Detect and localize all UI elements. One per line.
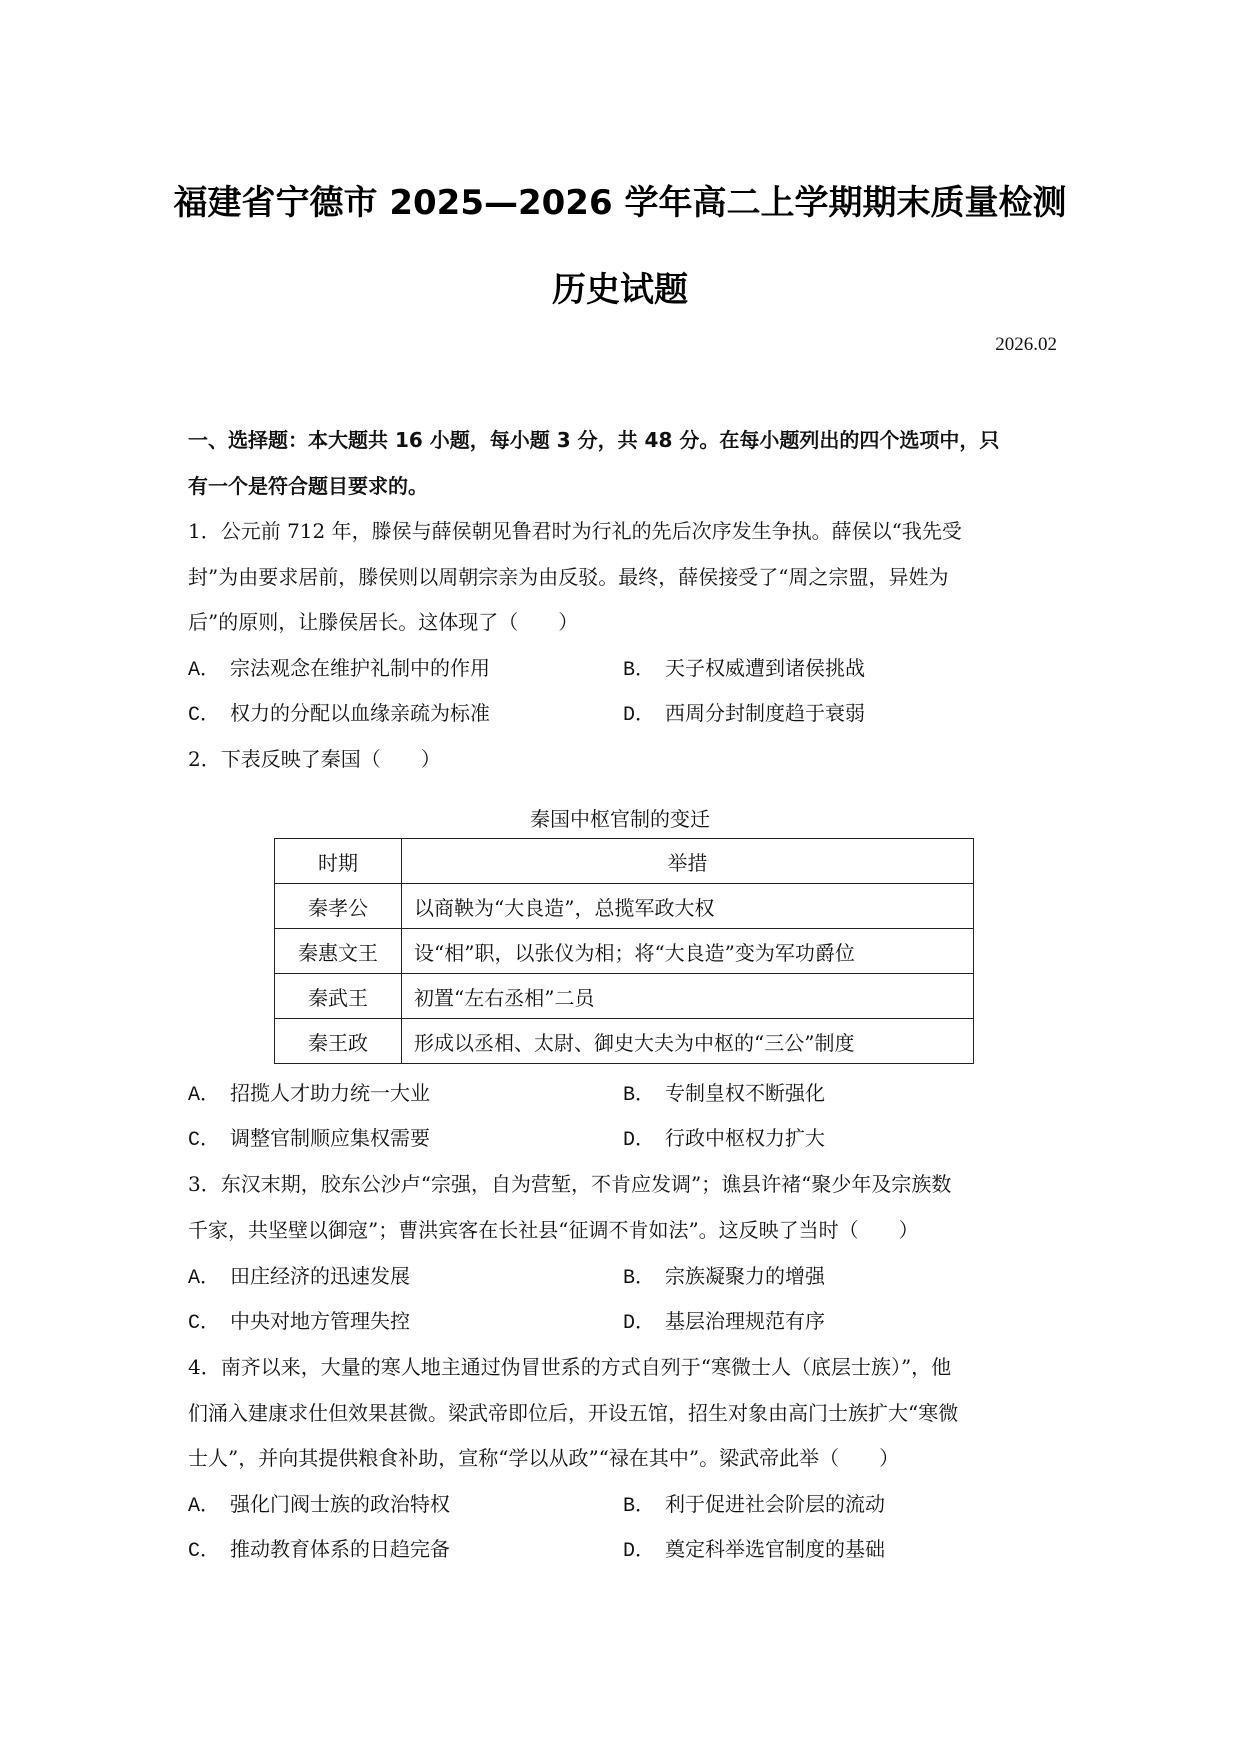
table-row: 秦王政 形成以丞相、太尉、御史大夫为中枢的“三公”制度	[275, 1019, 974, 1064]
option-text: 奠定科举选官制度的基础	[665, 1537, 885, 1561]
question-3-line-1: 3．东汉末期，胶东公沙卢“宗强，自为营堑，不肯应发调”；谯县许褚“聚少年及宗族数	[188, 1168, 951, 1197]
question-4-line-3: 士人”，并向其提供粮食补助，宣称“学以从政”“禄在其中”。梁武帝此举（ ）	[188, 1442, 899, 1471]
question-4-line-1: 4．南齐以来，大量的寒人地主通过伪冒世系的方式自列于“寒微士人（底层士族）”，他	[188, 1351, 951, 1380]
option-letter: A．	[188, 1267, 220, 1290]
table-row: 秦惠文王 设“相”职，以张仪为相；将“大良造”变为军功爵位	[275, 929, 974, 974]
option-text: 调整官制顺应集权需要	[230, 1126, 430, 1150]
question-3-option-c[interactable]: C．中央对地方管理失控	[188, 1305, 410, 1335]
table-cell-measure: 设“相”职，以张仪为相；将“大良造”变为军功爵位	[402, 929, 974, 974]
section-heading-line-1: 一、选择题：本大题共 16 小题，每小题 3 分，共 48 分。在每小题列出的四…	[188, 424, 999, 453]
option-text: 强化门阀士族的政治特权	[230, 1492, 450, 1516]
option-letter: B．	[623, 659, 655, 682]
question-4-option-a[interactable]: A．强化门阀士族的政治特权	[188, 1488, 450, 1518]
option-letter: D．	[623, 704, 655, 727]
option-text: 推动教育体系的日趋完备	[230, 1537, 450, 1561]
question-2-option-a[interactable]: A．招揽人才助力统一大业	[188, 1077, 430, 1107]
question-2-option-d[interactable]: D．行政中枢权力扩大	[623, 1122, 825, 1152]
table-header-period: 时期	[275, 839, 402, 884]
question-1-option-b[interactable]: B．天子权威遭到诸侯挑战	[623, 652, 865, 682]
table-row: 秦武王 初置“左右丞相”二员	[275, 974, 974, 1019]
option-text: 宗法观念在维护礼制中的作用	[230, 656, 490, 680]
option-text: 西周分封制度趋于衰弱	[665, 701, 865, 725]
option-text: 基层治理规范有序	[665, 1309, 825, 1333]
option-text: 招揽人才助力统一大业	[230, 1081, 430, 1105]
option-letter: C．	[188, 1129, 220, 1152]
option-letter: A．	[188, 659, 220, 682]
table-cell-measure: 以商鞅为“大良造”，总揽军政大权	[402, 884, 974, 929]
question-1-option-c[interactable]: C．权力的分配以血缘亲疏为标准	[188, 697, 490, 727]
option-text: 专制皇权不断强化	[665, 1081, 825, 1105]
option-letter: D．	[623, 1129, 655, 1152]
question-3-option-b[interactable]: B．宗族凝聚力的增强	[623, 1260, 825, 1290]
table-cell-period: 秦武王	[275, 974, 402, 1019]
option-text: 天子权威遭到诸侯挑战	[665, 656, 865, 680]
exam-title: 福建省宁德市 2025—2026 学年高二上学期期末质量检测	[0, 175, 1240, 224]
question-3-option-d[interactable]: D．基层治理规范有序	[623, 1305, 825, 1335]
officials-table: 时期 举措 秦孝公 以商鞅为“大良造”，总揽军政大权 秦惠文王 设“相”职，以张…	[274, 838, 974, 1064]
question-1-line-3: 后”的原则，让滕侯居长。这体现了（ ）	[188, 606, 578, 635]
option-letter: C．	[188, 704, 220, 727]
option-letter: A．	[188, 1084, 220, 1107]
question-3-line-2: 千家，共坚壁以御寇”；曹洪宾客在长社县“征调不肯如法”。这反映了当时（ ）	[188, 1214, 919, 1243]
table-cell-period: 秦孝公	[275, 884, 402, 929]
table-header-measure: 举措	[402, 839, 974, 884]
question-2-option-b[interactable]: B．专制皇权不断强化	[623, 1077, 825, 1107]
option-text: 中央对地方管理失控	[230, 1309, 410, 1333]
table-cell-period: 秦王政	[275, 1019, 402, 1064]
question-1-line-1: 1．公元前 712 年，滕侯与薛侯朝见鲁君时为行礼的先后次序发生争执。薛侯以“我…	[188, 515, 962, 544]
option-text: 权力的分配以血缘亲疏为标准	[230, 701, 490, 725]
option-letter: B．	[623, 1495, 655, 1518]
question-2-line-1: 2．下表反映了秦国（ ）	[188, 743, 441, 772]
table-cell-period: 秦惠文王	[275, 929, 402, 974]
table-cell-measure: 形成以丞相、太尉、御史大夫为中枢的“三公”制度	[402, 1019, 974, 1064]
option-text: 行政中枢权力扩大	[665, 1126, 825, 1150]
exam-subtitle: 历史试题	[0, 262, 1240, 311]
option-letter: B．	[623, 1084, 655, 1107]
table-cell-measure: 初置“左右丞相”二员	[402, 974, 974, 1019]
option-letter: B．	[623, 1267, 655, 1290]
question-4-option-d[interactable]: D．奠定科举选官制度的基础	[623, 1533, 885, 1563]
option-letter: C．	[188, 1312, 220, 1335]
option-letter: A．	[188, 1495, 220, 1518]
table-header-row: 时期 举措	[275, 839, 974, 884]
question-1-line-2: 封”为由要求居前，滕侯则以周朝宗亲为由反驳。最终，薛侯接受了“周之宗盟，异姓为	[188, 561, 948, 590]
option-letter: C．	[188, 1540, 220, 1563]
table-caption: 秦国中枢官制的变迁	[0, 803, 1240, 832]
question-4-option-b[interactable]: B．利于促进社会阶层的流动	[623, 1488, 885, 1518]
question-1-option-d[interactable]: D．西周分封制度趋于衰弱	[623, 697, 865, 727]
question-1-option-a[interactable]: A．宗法观念在维护礼制中的作用	[188, 652, 490, 682]
question-4-line-2: 们涌入建康求仕但效果甚微。梁武帝即位后，开设五馆，招生对象由高门士族扩大“寒微	[188, 1397, 958, 1426]
exam-date: 2026.02	[995, 334, 1057, 356]
question-2-option-c[interactable]: C．调整官制顺应集权需要	[188, 1122, 430, 1152]
section-heading-line-2: 有一个是符合题目要求的。	[188, 470, 428, 499]
option-text: 宗族凝聚力的增强	[665, 1264, 825, 1288]
question-3-option-a[interactable]: A．田庄经济的迅速发展	[188, 1260, 410, 1290]
exam-page: 福建省宁德市 2025—2026 学年高二上学期期末质量检测 历史试题 2026…	[0, 0, 1240, 1754]
option-letter: D．	[623, 1540, 655, 1563]
option-letter: D．	[623, 1312, 655, 1335]
table-row: 秦孝公 以商鞅为“大良造”，总揽军政大权	[275, 884, 974, 929]
question-4-option-c[interactable]: C．推动教育体系的日趋完备	[188, 1533, 450, 1563]
option-text: 田庄经济的迅速发展	[230, 1264, 410, 1288]
option-text: 利于促进社会阶层的流动	[665, 1492, 885, 1516]
